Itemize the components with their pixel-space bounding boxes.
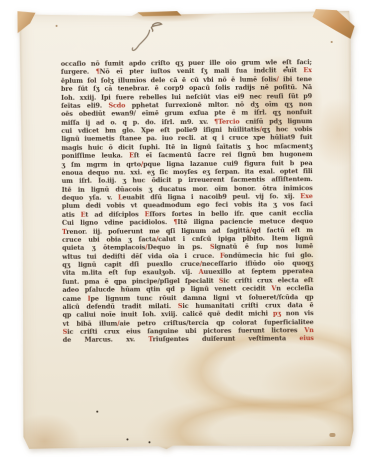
black-text: ignatū ē ſup nos lumē [214, 242, 313, 251]
corner-smudge [329, 433, 335, 437]
black-text: cniſū pdʒ lignum [239, 117, 312, 126]
black-text: t ad diſciplos [85, 210, 144, 218]
black-text: neceſſario iſiūdo oīo quoqʒ [202, 259, 313, 268]
handwritten-ink-mark [123, 19, 165, 55]
black-text: ʒ ſm mgrm in qrto [62, 160, 141, 169]
black-text: ſurgere. [61, 68, 96, 76]
black-text: quieta ʒ ōtemplacois [62, 244, 145, 253]
black-text: ibi tene [279, 75, 312, 83]
black-text: qʒ hoc vobis [262, 125, 313, 133]
black-text: riuſgentes duiſerunt veſtimenta [153, 335, 300, 344]
printed-text-block: occaſio nō ſumit apdo criſto qʒ puer ill… [61, 58, 314, 344]
wormhole [126, 438, 128, 440]
black-text: uuexillo at ſeptem pperatea [204, 267, 314, 276]
black-text: cruce ubi obia ʒ ſacta [62, 235, 156, 244]
document-leaf: occaſio nō ſumit apdo criſto qʒ puer ill… [19, 11, 353, 450]
rubricated-text: Vn [304, 326, 313, 334]
black-text: ic criſti crux electa eſt [223, 276, 313, 285]
top-edge-fold [137, 11, 181, 16]
black-text: qd factū eſt m [252, 226, 313, 234]
black-text: vt bibā illum [63, 319, 118, 327]
paper-speck [331, 41, 333, 43]
rubricated-text: Scdo [108, 101, 125, 109]
wormhole [96, 411, 98, 413]
black-text: non vis [281, 309, 314, 317]
black-text: Dequo in ps. [147, 243, 209, 251]
black-text: Cui ligno vdine pacidiolos. [62, 218, 174, 227]
text-line: de Marcus. xv. Triuſgentes duiſerunt veſ… [63, 334, 314, 344]
paper-speck [56, 25, 58, 27]
black-text: n eccleſia [276, 284, 313, 292]
black-text: alicū defendū tradit milati. [63, 302, 178, 311]
black-text: dequo yſa. v. [62, 193, 118, 201]
black-text: ſeītas eli9. [61, 101, 108, 109]
rubricated-text: Ex [303, 66, 312, 74]
photograph: occaſio nō ſumit apdo criſto qʒ puer ill… [0, 0, 370, 463]
black-text: atis [62, 210, 81, 218]
wormhole [286, 66, 288, 68]
black-text: ondūmecia hic ſui glo. [224, 251, 313, 260]
black-text: poniſſime leuka. [61, 152, 129, 160]
black-text: de Marcus. xv. [63, 336, 149, 345]
rubricated-text: Exe [300, 192, 313, 200]
wormhole [148, 441, 150, 443]
rubricated-text: eius [299, 334, 313, 342]
rubricated-text: ¶Tercio [214, 117, 239, 125]
black-text: came [62, 294, 87, 302]
